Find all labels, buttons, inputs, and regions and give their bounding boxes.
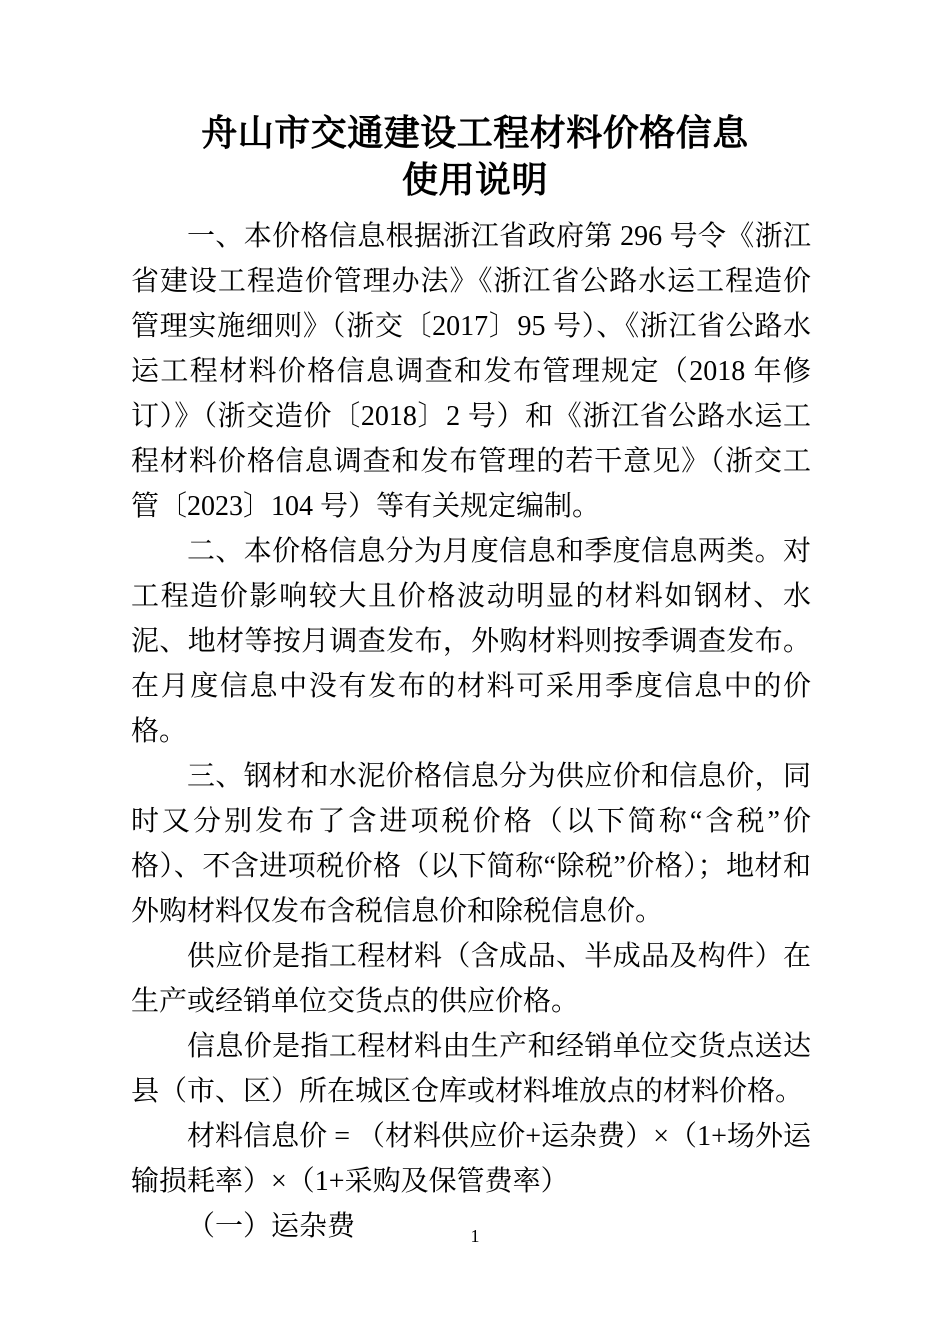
paragraph-basis: 一、本价格信息根据浙江省政府第 296 号令《浙江省建设工程造价管理办法》《浙江…	[131, 214, 811, 529]
paragraph-supply-info-price: 三、钢材和水泥价格信息分为供应价和信息价，同时又分别发布了含进项税价格（以下简称…	[131, 754, 811, 934]
paragraph-supply-price-definition: 供应价是指工程材料（含成品、半成品及构件）在生产或经销单位交货点的供应价格。	[131, 934, 811, 1024]
document-title-line-2: 使用说明	[0, 157, 950, 204]
document-title-line-1: 舟山市交通建设工程材料价格信息	[0, 110, 950, 157]
paragraph-info-price-definition: 信息价是指工程材料由生产和经销单位交货点送达县（市、区）所在城区仓库或材料堆放点…	[131, 1024, 811, 1114]
document-title: 舟山市交通建设工程材料价格信息 使用说明	[0, 0, 950, 204]
document-body: 一、本价格信息根据浙江省政府第 296 号令《浙江省建设工程造价管理办法》《浙江…	[131, 214, 811, 1249]
paragraph-monthly-quarterly: 二、本价格信息分为月度信息和季度信息两类。对工程造价影响较大且价格波动明显的材料…	[131, 529, 811, 754]
document-page: 舟山市交通建设工程材料价格信息 使用说明 一、本价格信息根据浙江省政府第 296…	[0, 0, 950, 1344]
page-number: 1	[0, 1224, 950, 1248]
paragraph-price-formula: 材料信息价 = （材料供应价+运杂费）×（1+场外运输损耗率）×（1+采购及保管…	[131, 1114, 811, 1204]
